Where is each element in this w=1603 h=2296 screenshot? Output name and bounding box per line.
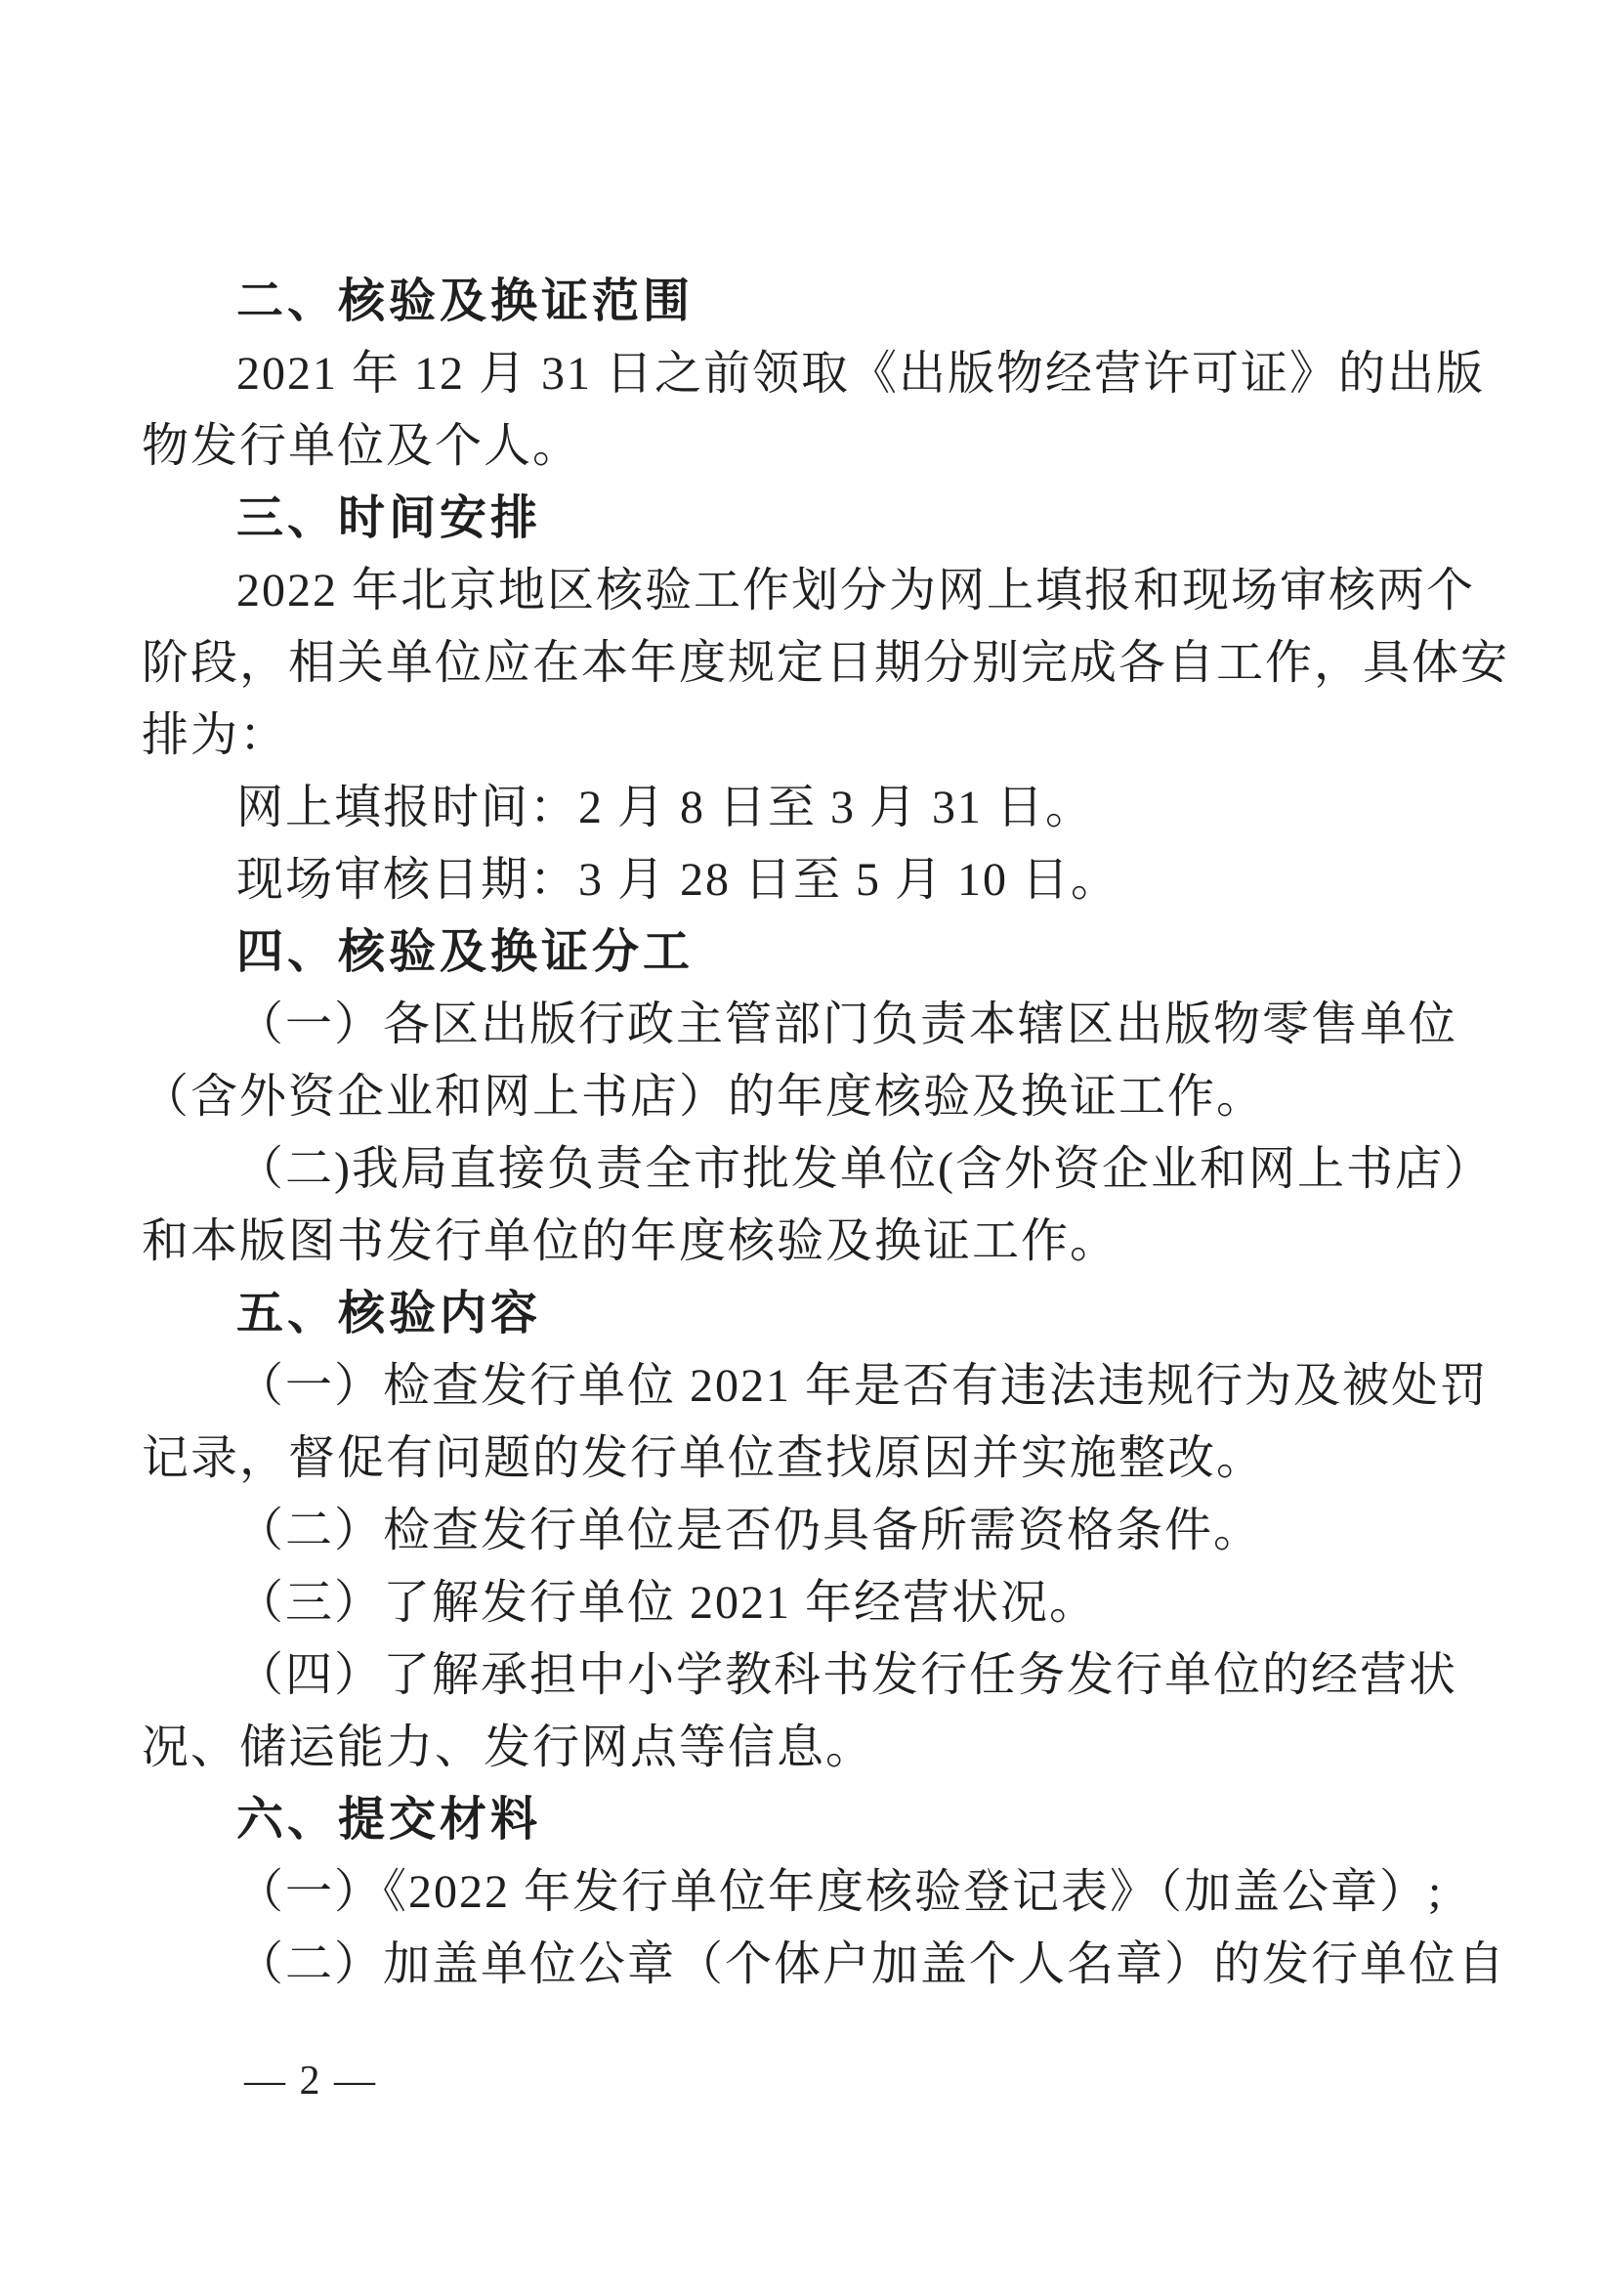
doc-line: （一）《2022 年发行单位年度核验登记表》（加盖公章）; [142,1856,1460,1929]
doc-line: （二）加盖单位公章（个体户加盖个人名章）的发行单位自 [142,1929,1460,2001]
doc-line: （四）了解承担中小学教科书发行任务发行单位的经营状 [142,1639,1460,1712]
doc-line: （二）检查发行单位是否仍具备所需资格条件。 [142,1495,1460,1567]
doc-line: 物发行单位及个人。 [142,410,1460,483]
doc-line: 排为： [142,700,1460,772]
doc-line: 2021 年 12 月 31 日之前领取《出版物经营许可证》的出版 [142,338,1460,410]
doc-line-onsite-review-period: 现场审核日期：3 月 28 日至 5 月 10 日。 [142,844,1460,916]
doc-line: （一）检查发行单位 2021 年是否有违法违规行为及被处罚 [142,1350,1460,1423]
doc-line: （含外资企业和网上书店）的年度核验及换证工作。 [142,1061,1460,1133]
doc-line: （二)我局直接负责全市批发单位(含外资企业和网上书店） [142,1133,1460,1206]
heading-verification-scope: 二、核验及换证范围 [142,266,1460,338]
document-body: 二、核验及换证范围 2021 年 12 月 31 日之前领取《出版物经营许可证》… [142,266,1460,2001]
doc-line-online-filing-period: 网上填报时间：2 月 8 日至 3 月 31 日。 [142,772,1460,844]
heading-division-of-work: 四、核验及换证分工 [142,916,1460,989]
page-number: — 2 — [244,2052,377,2110]
doc-line: 2022 年北京地区核验工作划分为网上填报和现场审核两个 [142,555,1460,627]
doc-line: （三）了解发行单位 2021 年经营状况。 [142,1567,1460,1639]
heading-verification-content: 五、核验内容 [142,1278,1460,1350]
doc-line: （一）各区出版行政主管部门负责本辖区出版物零售单位 [142,989,1460,1061]
document-page: 二、核验及换证范围 2021 年 12 月 31 日之前领取《出版物经营许可证》… [0,0,1603,2296]
doc-line: 阶段，相关单位应在本年度规定日期分别完成各自工作，具体安 [142,627,1460,700]
heading-submission-materials: 六、提交材料 [142,1784,1460,1856]
doc-line: 和本版图书发行单位的年度核验及换证工作。 [142,1206,1460,1278]
doc-line: 况、储运能力、发行网点等信息。 [142,1712,1460,1784]
doc-line: 记录，督促有问题的发行单位查找原因并实施整改。 [142,1423,1460,1495]
heading-schedule: 三、时间安排 [142,483,1460,555]
